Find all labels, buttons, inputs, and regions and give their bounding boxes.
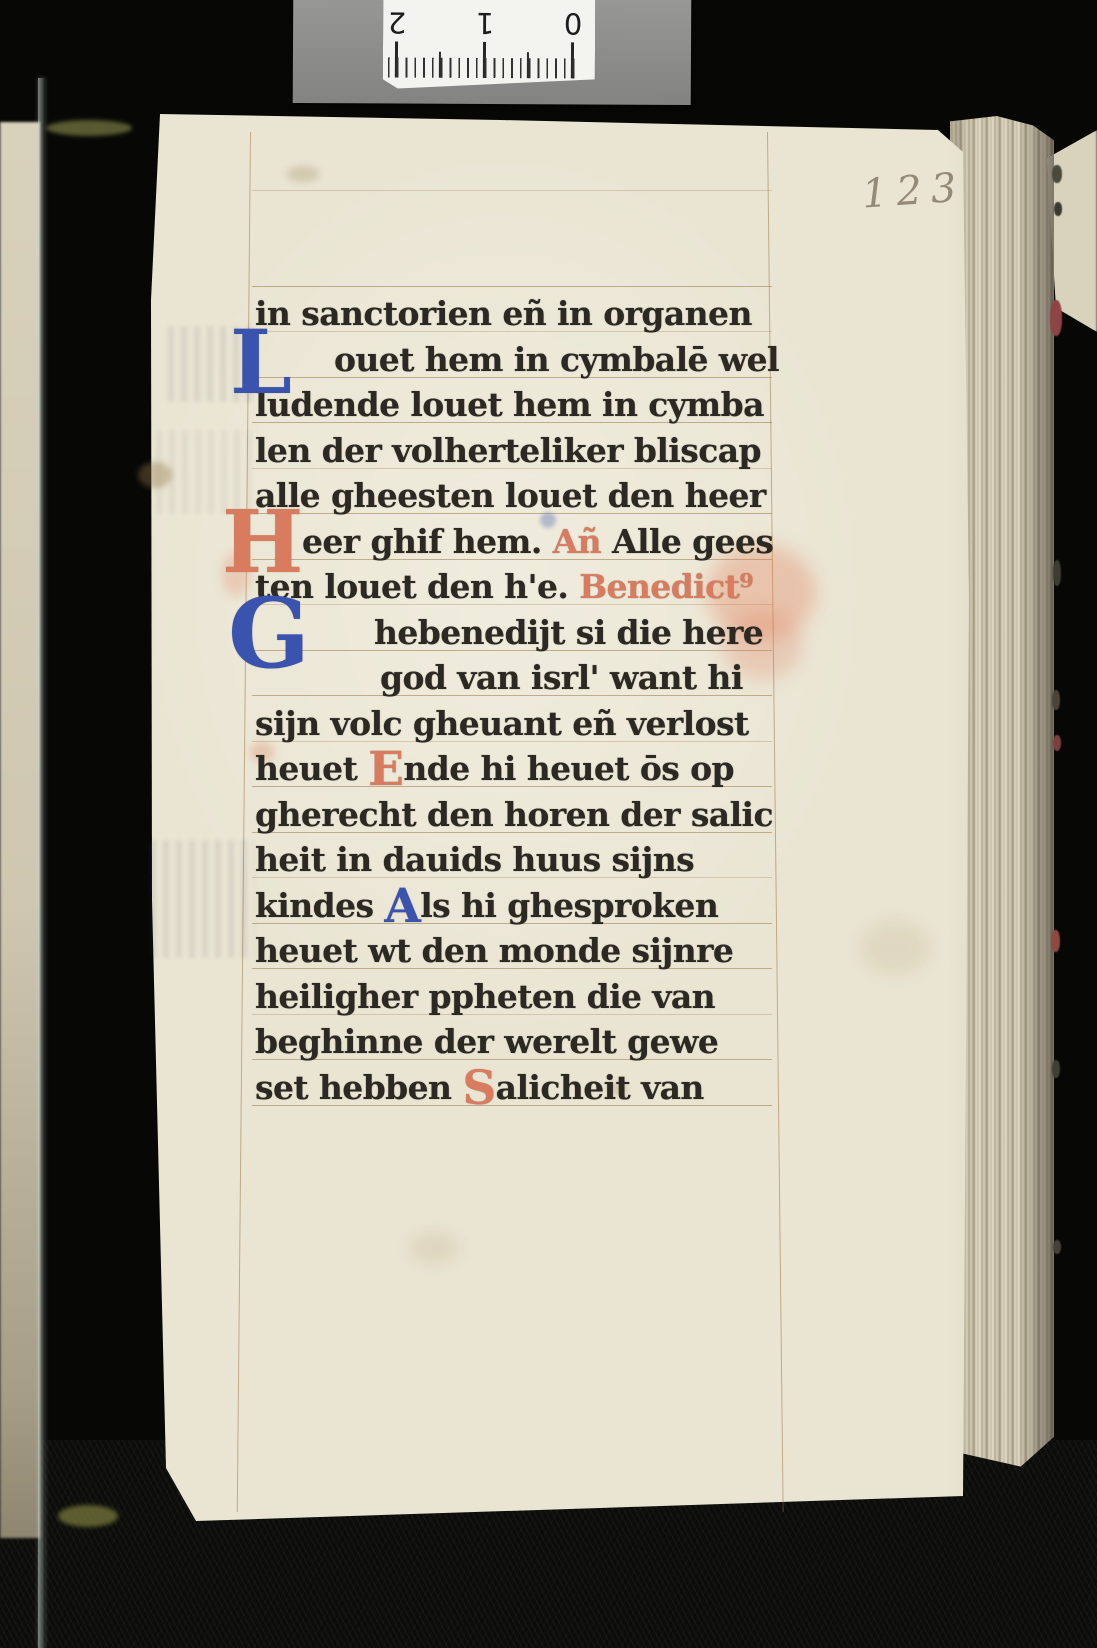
text-segment: alicheit van bbox=[496, 1068, 704, 1107]
text-segment: eer ghif hem. bbox=[302, 522, 553, 561]
manuscript-line: alle gheesten louet den heer bbox=[255, 476, 766, 521]
ruler-number: 2 bbox=[381, 5, 413, 39]
inline-initial: A bbox=[384, 879, 420, 934]
manuscript-line: set hebben Salicheit van bbox=[255, 1068, 704, 1113]
manuscript-line: kindes Als hi ghesproken bbox=[255, 886, 718, 931]
text-segment: gherecht den horen der salic bbox=[255, 795, 773, 834]
manuscript-line: eer ghif hem. Añ Alle gees bbox=[302, 522, 773, 567]
inline-initial: E bbox=[368, 742, 403, 797]
manuscript-photo: 123 in sanctorien eñ in organenouet hem … bbox=[0, 0, 1097, 1648]
text-segment: set hebben bbox=[255, 1068, 462, 1107]
text-segment: ls hi ghesproken bbox=[420, 886, 718, 925]
ruler-number: 0 bbox=[557, 6, 589, 40]
manuscript-line: heiligher ppheten die van bbox=[255, 977, 715, 1022]
manuscript-line: ouet hem in cymbalē wel bbox=[334, 340, 779, 385]
manuscript-line: in sanctorien eñ in organen bbox=[255, 294, 752, 339]
manuscript-line: hebenedijt si die here bbox=[374, 613, 763, 658]
text-segment: kindes bbox=[255, 886, 384, 925]
text-segment: in sanctorien eñ in organen bbox=[255, 294, 752, 333]
manuscript-line: ten louet den h'e. Benedict⁹ bbox=[255, 567, 753, 612]
ruler-number: 1 bbox=[469, 6, 501, 40]
manuscript-line: gherecht den horen der salic bbox=[255, 795, 773, 840]
drop-cap-L: L bbox=[230, 318, 292, 406]
ruler-ticks-mm bbox=[388, 57, 580, 78]
text-segment: beghinne der werelt gewe bbox=[255, 1022, 718, 1061]
text-segment: Añ bbox=[553, 522, 612, 561]
text-segment: heuet bbox=[255, 749, 368, 788]
text-segment: heiligher ppheten die van bbox=[255, 977, 715, 1016]
inline-initial: S bbox=[462, 1061, 495, 1116]
drop-cap-H: H bbox=[222, 500, 303, 586]
text-segment: heit in dauids huus sijns bbox=[255, 840, 694, 879]
text-segment: ludende louet hem in cymba bbox=[255, 385, 764, 424]
text-segment: sijn volc gheuant eñ verlost bbox=[255, 704, 749, 743]
text-segment: heuet wt den monde sijnre bbox=[255, 931, 733, 970]
text-segment: alle gheesten louet den heer bbox=[255, 476, 766, 515]
text-segment: len der volherteliker bliscap bbox=[255, 431, 761, 470]
manuscript-line: heuet wt den monde sijnre bbox=[255, 931, 733, 976]
manuscript-line: heit in dauids huus sijns bbox=[255, 840, 694, 885]
ruler-card: 2 1 0 bbox=[293, 0, 692, 105]
text-segment: nde hi heuet ōs op bbox=[403, 749, 734, 788]
drop-cap-G: G bbox=[228, 586, 310, 682]
manuscript-line: heuet Ende hi heuet ōs op bbox=[255, 749, 734, 794]
ruler: 2 1 0 bbox=[383, 0, 596, 96]
text-block: in sanctorien eñ in organenouet hem in c… bbox=[0, 0, 1097, 1648]
manuscript-line: len der volherteliker bliscap bbox=[255, 431, 761, 476]
text-segment: ouet hem in cymbalē wel bbox=[334, 340, 779, 379]
manuscript-line: god van isrl' want hi bbox=[380, 658, 743, 703]
manuscript-line: ludende louet hem in cymba bbox=[255, 385, 764, 430]
text-segment: Benedict⁹ bbox=[579, 567, 753, 606]
text-segment: Alle gees bbox=[612, 522, 773, 561]
manuscript-line: sijn volc gheuant eñ verlost bbox=[255, 704, 749, 749]
text-segment: god van isrl' want hi bbox=[380, 658, 743, 697]
text-segment: hebenedijt si die here bbox=[374, 613, 763, 652]
